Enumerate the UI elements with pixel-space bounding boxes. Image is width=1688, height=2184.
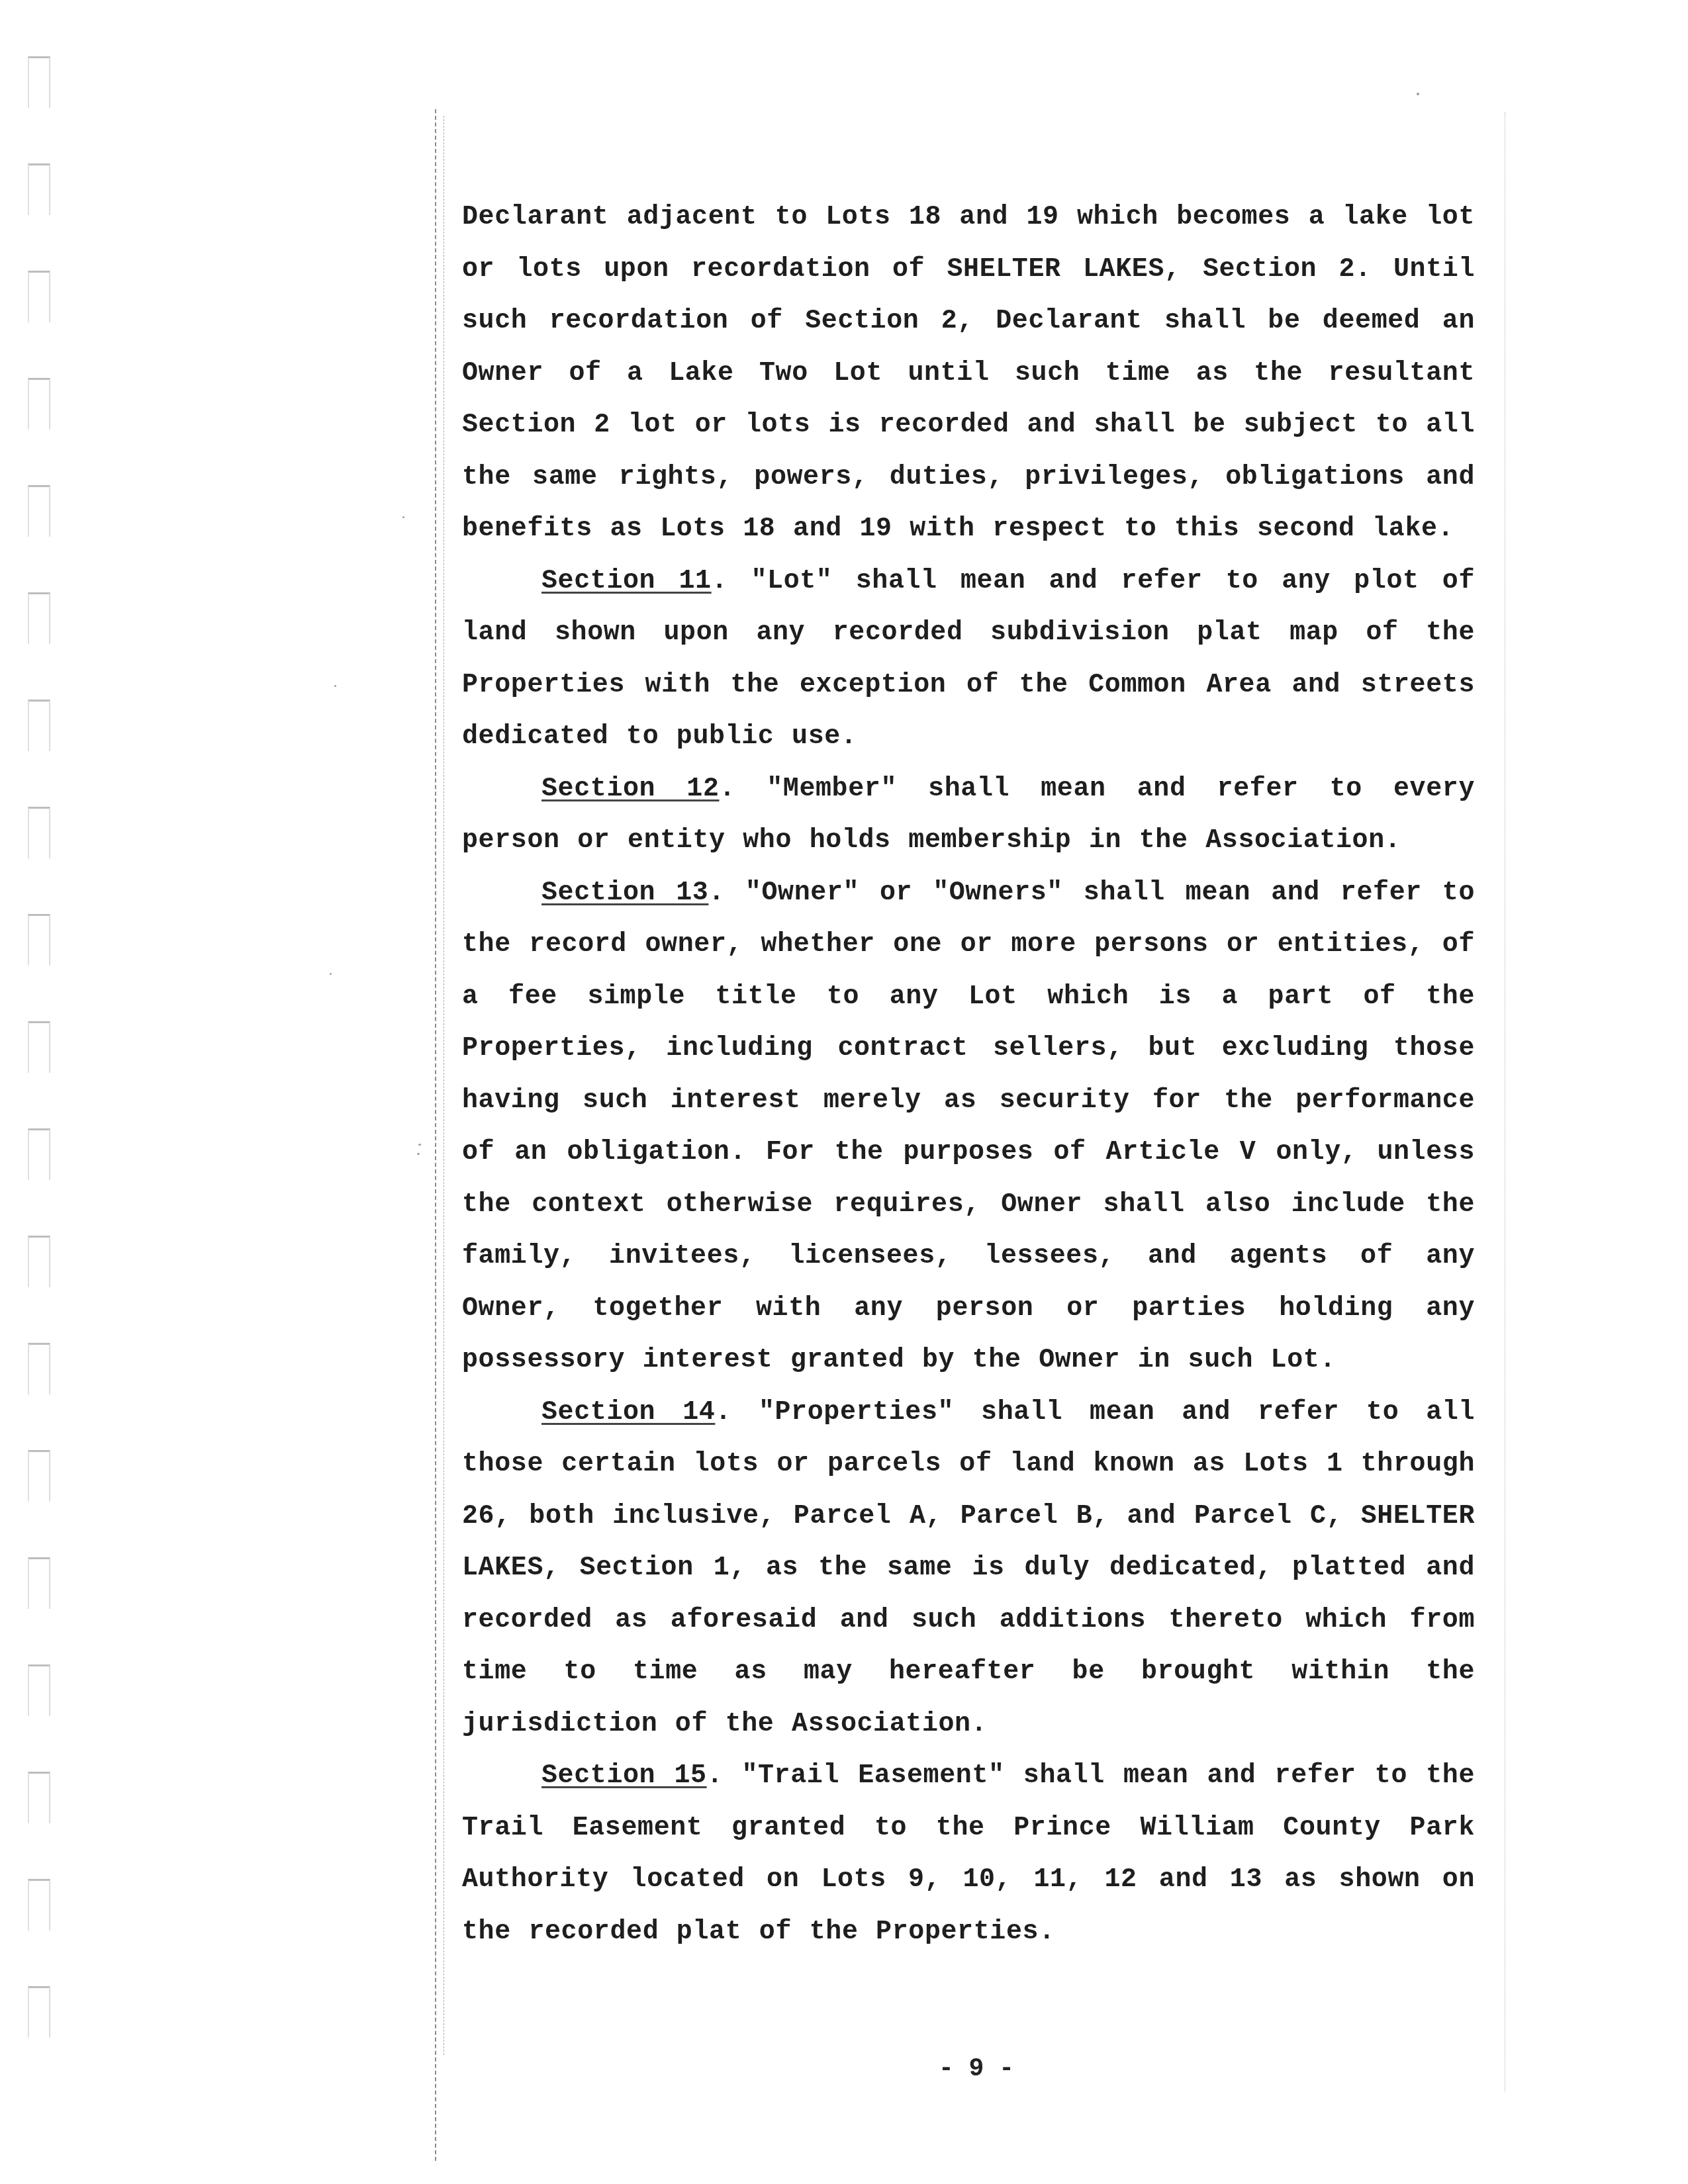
section-heading: Section 12 [541,774,720,804]
paragraph-section-12: Section 12. "Member" shall mean and refe… [462,764,1475,868]
binding-hole-icon [28,592,50,644]
document-body: Declarant adjacent to Lots 18 and 19 whi… [462,192,1475,1958]
binding-hole-icon [28,1879,50,1931]
binding-hole-icon [28,56,50,108]
section-heading: Section 15 [541,1761,707,1791]
left-margin-rule [435,109,436,2161]
section-heading: Section 14 [541,1398,715,1428]
binding-hole-icon [28,1664,50,1716]
binding-hole-icon [28,271,50,322]
left-margin-rule-inner [444,116,444,2055]
paragraph-section-11: Section 11. "Lot" shall mean and refer t… [462,556,1475,764]
binding-hole-icon [28,807,50,858]
paragraph-section-14: Section 14. "Properties" shall mean and … [462,1387,1475,1751]
binding-hole-icon [28,1021,50,1073]
binding-hole-icon [28,1343,50,1394]
binding-hole-icon [28,1557,50,1609]
paragraph-text: . "Properties" shall mean and refer to a… [462,1398,1475,1739]
paragraph-text: . "Owner" or "Owners" shall mean and ref… [462,878,1475,1376]
section-heading: Section 11 [541,567,712,596]
binding-hole-icon [28,1772,50,1823]
binding-hole-icon [28,163,50,215]
page-number: - 9 - [930,2055,1023,2083]
paragraph-text: Declarant adjacent to Lots 18 and 19 whi… [462,203,1475,544]
binding-hole-icon [28,700,50,751]
scan-speck [417,1153,420,1155]
binding-hole-icon [28,1450,50,1502]
binding-hole-icon [28,914,50,966]
paragraph-section-13: Section 13. "Owner" or "Owners" shall me… [462,868,1475,1387]
scan-speck [402,516,404,518]
binding-hole-icon [28,1236,50,1287]
binding-hole-icon [28,485,50,537]
right-margin-rule [1505,113,1505,2091]
scan-speck [418,1144,421,1146]
paragraph-section-15: Section 15. "Trail Easement" shall mean … [462,1751,1475,1958]
scan-speck [1417,93,1419,95]
binding-hole-icon [28,1128,50,1180]
section-heading: Section 13 [541,878,708,908]
scan-speck [334,685,336,687]
binding-hole-marks [0,0,73,2184]
binding-hole-icon [28,378,50,430]
paragraph-continuation: Declarant adjacent to Lots 18 and 19 whi… [462,192,1475,556]
binding-hole-icon [28,1986,50,2038]
scan-speck [330,973,332,975]
